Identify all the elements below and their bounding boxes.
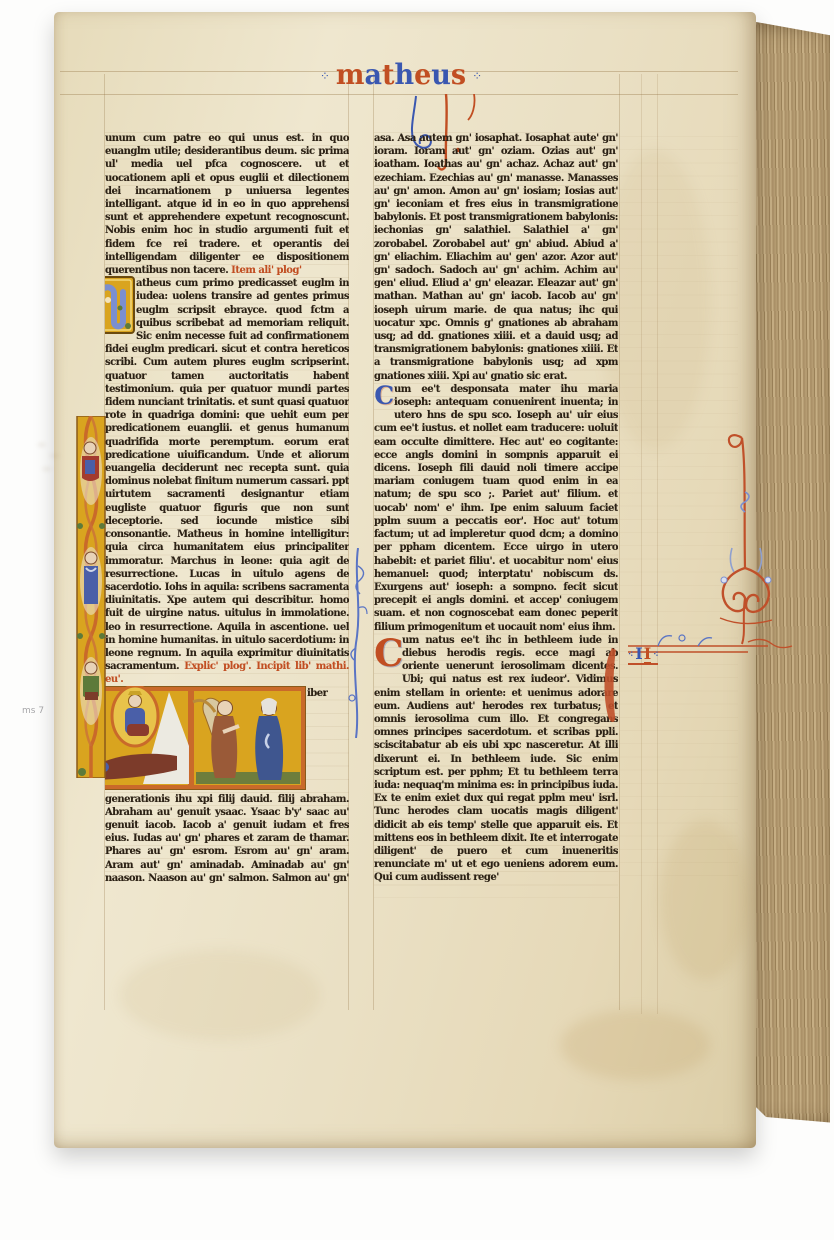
text-column-right: asa. Asa autem gn' iosaphat. Iosaphat au… [374,132,618,898]
illuminated-initial-M-art [105,276,135,334]
parchment-stain [560,1010,710,1080]
chapter-initial-C-blue: C [374,383,394,410]
paraph-mark: ⁖ [628,647,633,663]
paraph-mark: ⁖ [653,647,658,663]
text-block: unum cum patre eo qui unus est. in quo e… [105,132,349,277]
text-block: Cum natus ee't ihc in bethleem iude in d… [374,634,618,885]
running-title-letter: h [394,61,414,92]
chapter-initial-C-red: C [374,634,402,674]
gothic-text: unum cum patre eo qui unus est. in quo e… [105,133,349,276]
historiated-initial-L [105,687,307,793]
running-title: ⁘matheus⁘ [296,56,506,96]
running-title-letter: t [382,61,394,92]
right-margin-penwork-ornament [712,428,784,648]
gothic-text: asa. Asa autem gn' iosaphat. Iosaphat au… [374,133,618,382]
running-title-letter: s [451,61,466,92]
paraph-mark: ⁘ [472,69,482,83]
gothic-text: atheus cum primo predicasset euglm in iu… [105,278,349,672]
gothic-text: um ee't desponsata mater ihu maria iosep… [374,384,618,633]
text-block: asa. Asa autem gn' iosaphat. Iosaphat au… [374,132,618,383]
running-title-letters: matheus [336,61,466,91]
erased-margin-note [26,436,78,480]
paraph-mark: ⁘ [320,69,330,83]
text-block: atheus cum primo predicasset euglm in iu… [105,277,349,686]
border-bar-illumination [76,416,106,778]
pencil-note: ms 7 [22,706,44,716]
rubric: Item ali' plog' [231,265,301,276]
text-block: Cum ee't desponsata mater ihu maria iose… [374,383,618,634]
running-title-letter: m [336,61,365,92]
chapter-marker-numeral-letters: II [635,646,651,664]
manuscript-photo: ⁘matheus⁘ unum cum patre eo qui unus est… [0,0,834,1240]
historiated-initial-L-art [105,686,306,790]
chapter-marker-letter: I [635,646,642,664]
running-title-letter: a [364,61,382,92]
parchment-stain [120,950,320,1040]
intercolumn-penwork-flourish [344,548,372,738]
chapter-marker: ⁖II⁖ [628,646,659,664]
running-title-letter: e [414,61,431,92]
running-title-letter: u [431,61,451,92]
gothic-text: um natus ee't ihc in bethleem iude in di… [374,635,618,884]
text-block: iber generationis ihu xpi filij dauid. f… [105,687,349,884]
illuminated-initial-M [105,277,136,334]
text-column-left: unum cum patre eo qui unus est. in quo e… [105,132,349,884]
chapter-marker-letter: I [644,646,651,664]
